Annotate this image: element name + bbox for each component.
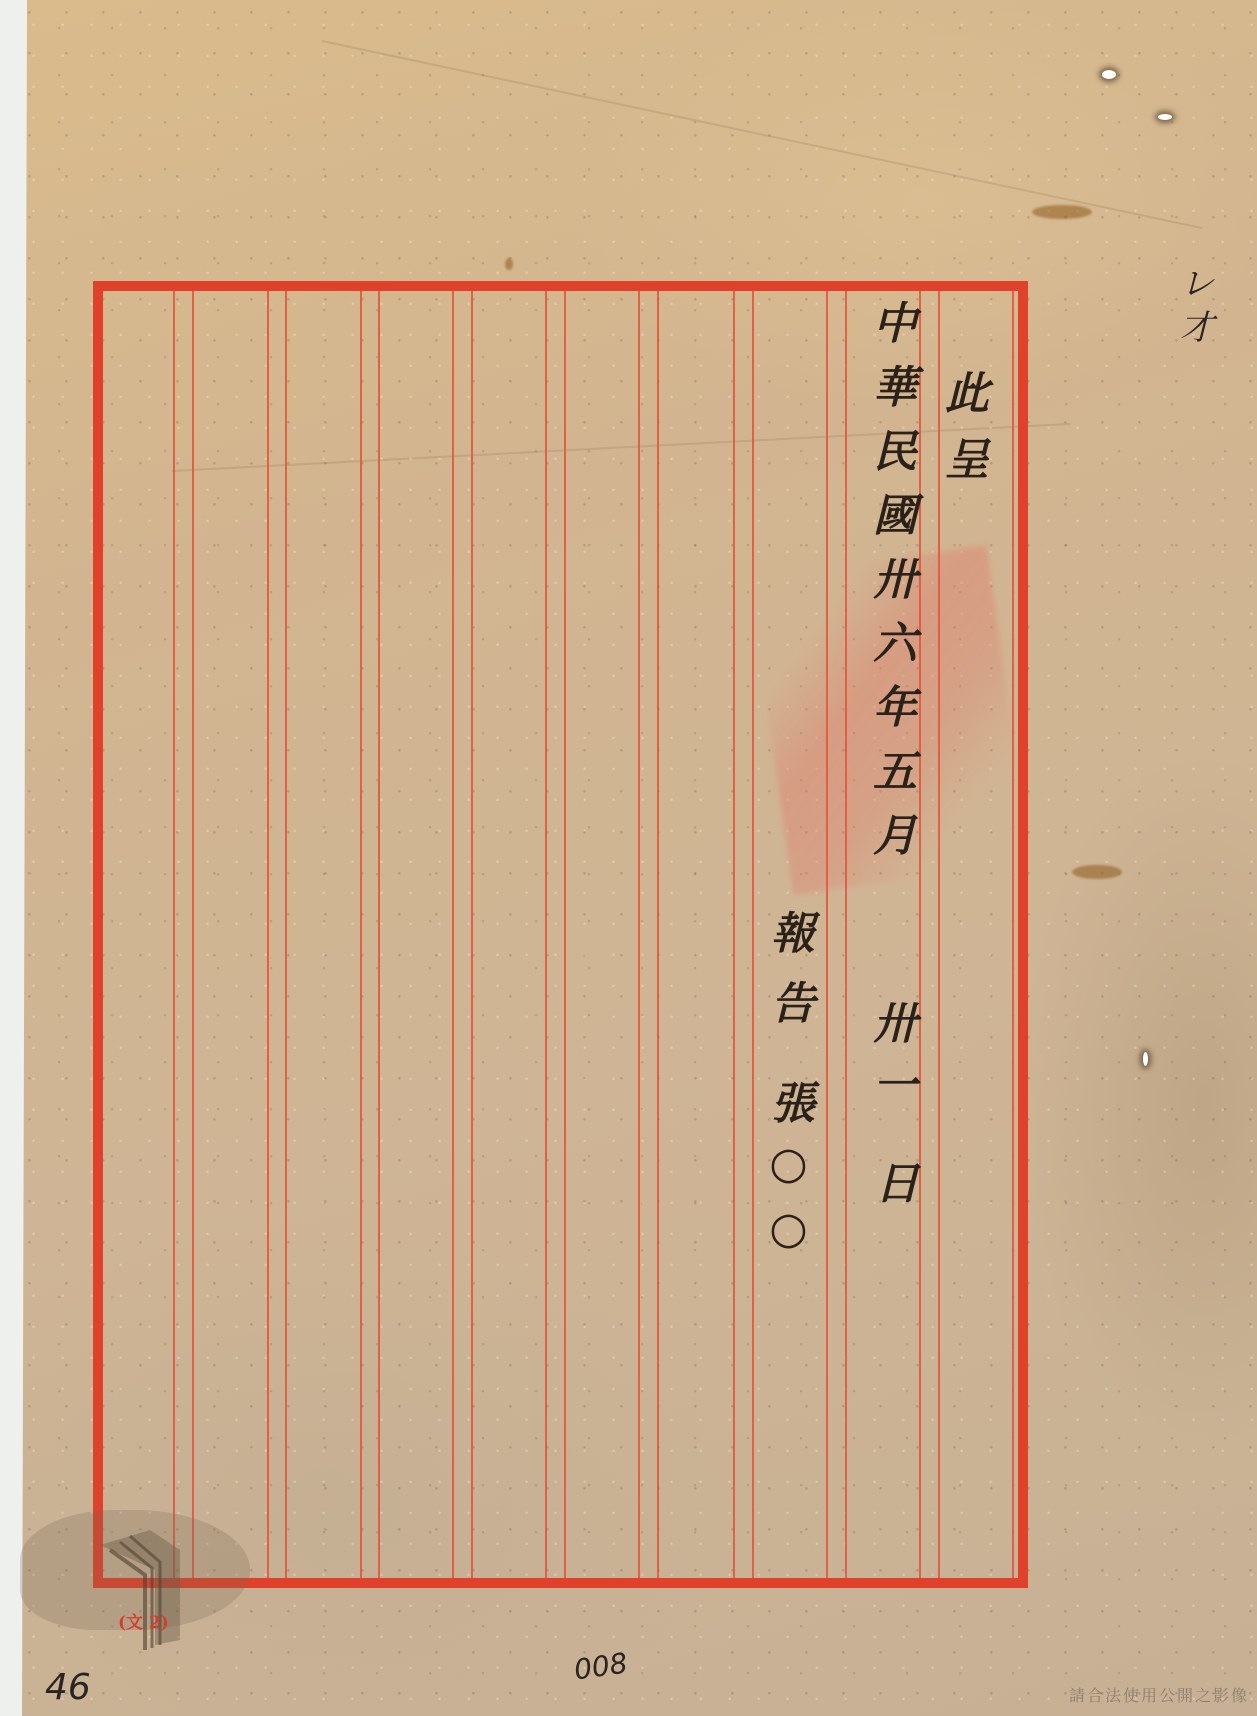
paper-hole [1102,70,1116,79]
margin-annotation-top-right: レ 才 [1180,262,1214,350]
paper-hole [1143,1052,1148,1066]
ruling-line [267,291,269,1578]
ruling-line [638,291,640,1578]
ruling-line [752,291,754,1578]
date-day-suffix: 日 [860,1160,924,1226]
stain [1032,205,1092,219]
ruling-line [826,291,828,1578]
ruling-line [192,291,194,1578]
ruling-line [173,291,175,1578]
signature-name: 張○○ [756,1080,820,1268]
signature-label: 報告 [756,910,820,1050]
ruling-line [378,291,380,1578]
date-day: 卅一 [858,1000,922,1124]
ruling-line [545,291,547,1578]
form-code-label: (文 2) [118,1608,169,1633]
ruling-line [733,291,735,1578]
date-line: 中華民國卅六年五月 [858,300,922,876]
ruling-line [360,291,362,1578]
ruling-line [564,291,566,1578]
stain [505,258,513,270]
ruling-line [845,291,847,1578]
ruling-line [452,291,454,1578]
ruling-line [471,291,473,1578]
paper-hole [1158,114,1172,120]
closing-phrase: 此呈 [930,370,994,502]
paper-crease [322,40,1203,229]
stain [1072,865,1122,879]
ruling-line [285,291,287,1578]
ruling-line [657,291,659,1578]
usage-notice: 請合法使用公開之影像 [1069,1683,1249,1706]
page-number: 46 [45,1667,91,1708]
ruling-line [1012,291,1014,1578]
